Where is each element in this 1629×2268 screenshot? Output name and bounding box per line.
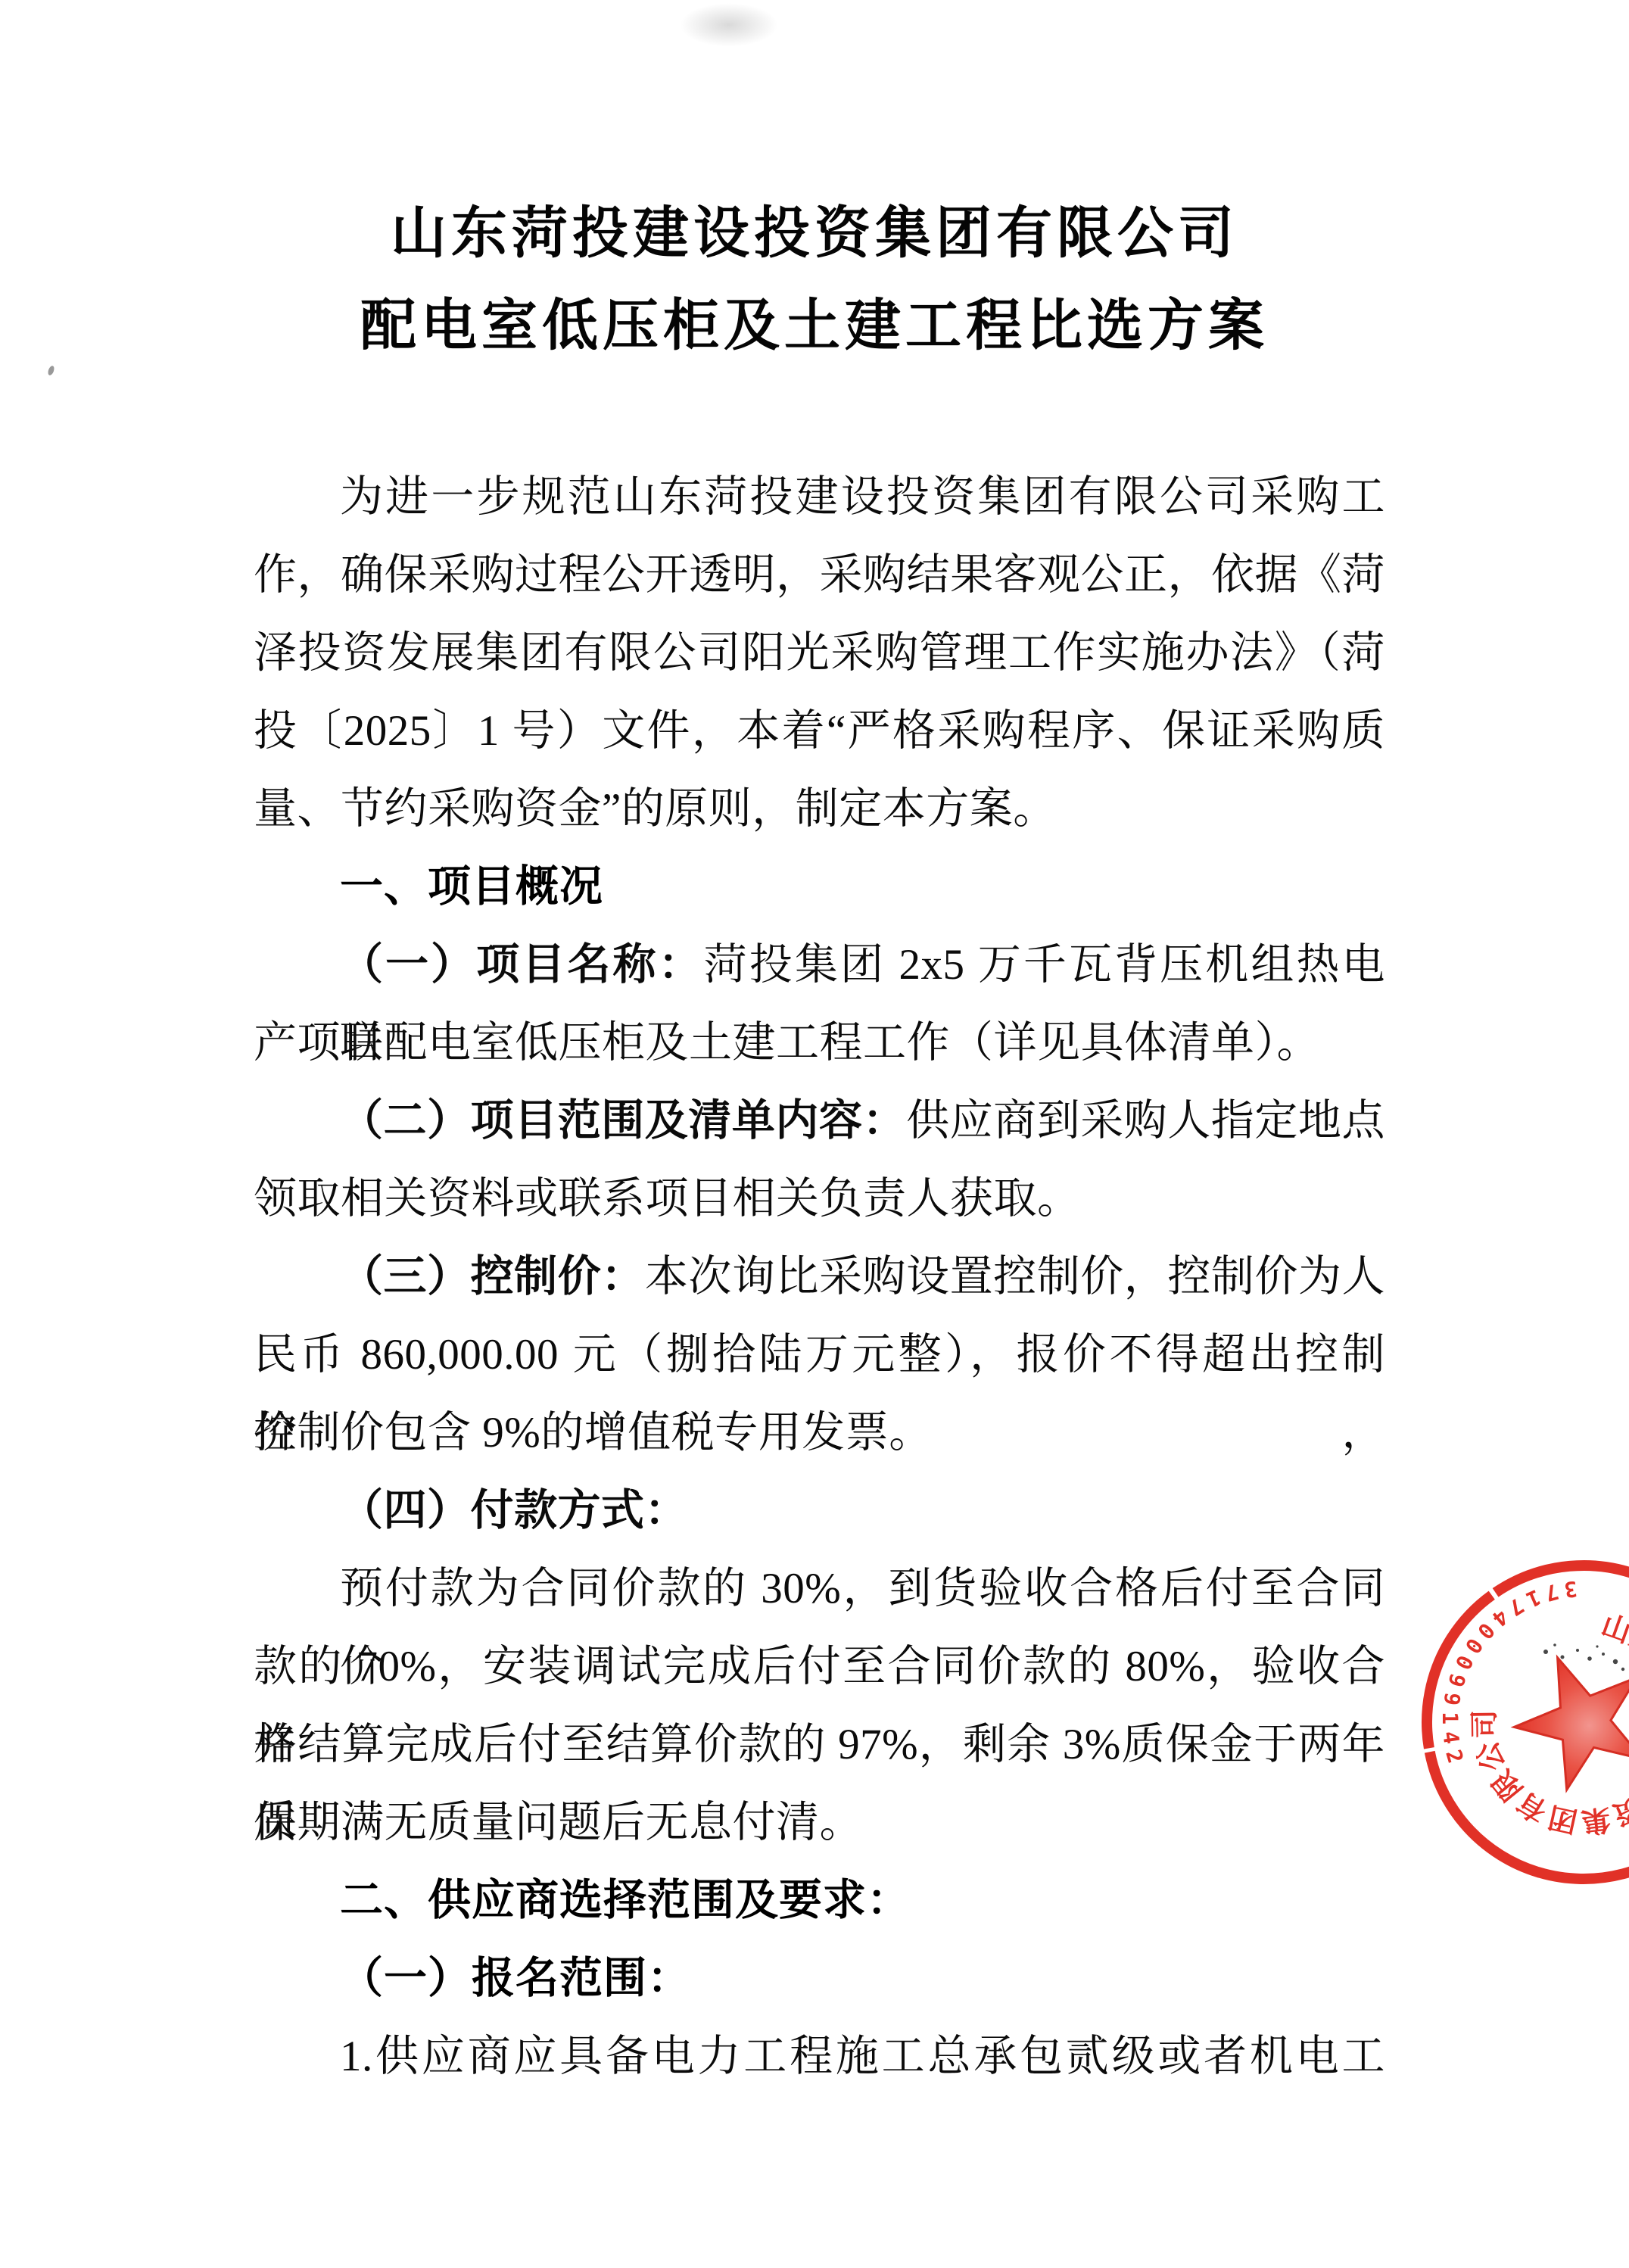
document-line: （四）付款方式： <box>254 1472 1385 1550</box>
document-line: 作，确保采购过程公开透明，采购结果客观公正，依据《菏 <box>254 536 1385 614</box>
document-title-line2: 配电室低压柜及土建工程比选方案 <box>0 280 1629 372</box>
document-line: 保期满无质量问题后无息付清。 <box>254 1784 1385 1861</box>
document-line: 款的 70%，安装调试完成后付至合同价款的 80%，验收合格 <box>254 1628 1385 1706</box>
document-line: 1.供应商应具备电力工程施工总承包贰级或者机电工 <box>254 2017 1385 2095</box>
subsection-heading: （一）报名范围： <box>254 1939 1385 2017</box>
document-line: 量、节约采购资金”的原则，制定本方案。 <box>254 770 1385 848</box>
document-line: 并结算完成后付至结算价款的 97%，剩余 3%质保金于两年质 <box>254 1706 1385 1784</box>
seal-ink-specks <box>1543 1643 1624 1671</box>
document-line: 民币 860,000.00 元（捌拾陆万元整），报价不得超出控制价， <box>254 1316 1385 1394</box>
document-line: 产项目配电室低压柜及土建工程工作（详见具体清单）。 <box>254 1004 1385 1082</box>
scan-smudge <box>680 3 778 47</box>
document-line: （一）项目名称：菏投集团 2x5 万千瓦背压机组热电联 <box>254 926 1385 1004</box>
document-page: 山东菏投建设投资集团有限公司 配电室低压柜及土建工程比选方案 为进一步规范山东菏… <box>0 0 1629 2268</box>
section-heading-1: 一、项目概况 <box>254 848 1385 926</box>
company-seal: 山东菏投建设投资集团有限公司 3717400099142 <box>1409 1548 1629 1896</box>
document-title-line1: 山东菏投建设投资集团有限公司 <box>0 188 1629 280</box>
document-line: 领取相关资料或联系项目相关负责人获取。 <box>254 1160 1385 1238</box>
document-line: 投〔2025〕1 号）文件，本着“严格采购程序、保证采购质 <box>254 692 1385 770</box>
document-body: 为进一步规范山东菏投建设投资集团有限公司采购工 作，确保采购过程公开透明，采购结… <box>254 458 1385 2095</box>
document-line: （三）控制价：本次询比采购设置控制价，控制价为人 <box>254 1238 1385 1316</box>
document-line: 泽投资发展集团有限公司阳光采购管理工作实施办法》（菏 <box>254 614 1385 692</box>
document-title: 山东菏投建设投资集团有限公司 配电室低压柜及土建工程比选方案 <box>0 188 1629 372</box>
section-heading-2: 二、供应商选择范围及要求： <box>254 1861 1385 1939</box>
document-line: 为进一步规范山东菏投建设投资集团有限公司采购工 <box>254 458 1385 536</box>
document-line: （二）项目范围及清单内容：供应商到采购人指定地点 <box>254 1082 1385 1160</box>
document-line: 预付款为合同价款的 30%，到货验收合格后付至合同价 <box>254 1550 1385 1628</box>
